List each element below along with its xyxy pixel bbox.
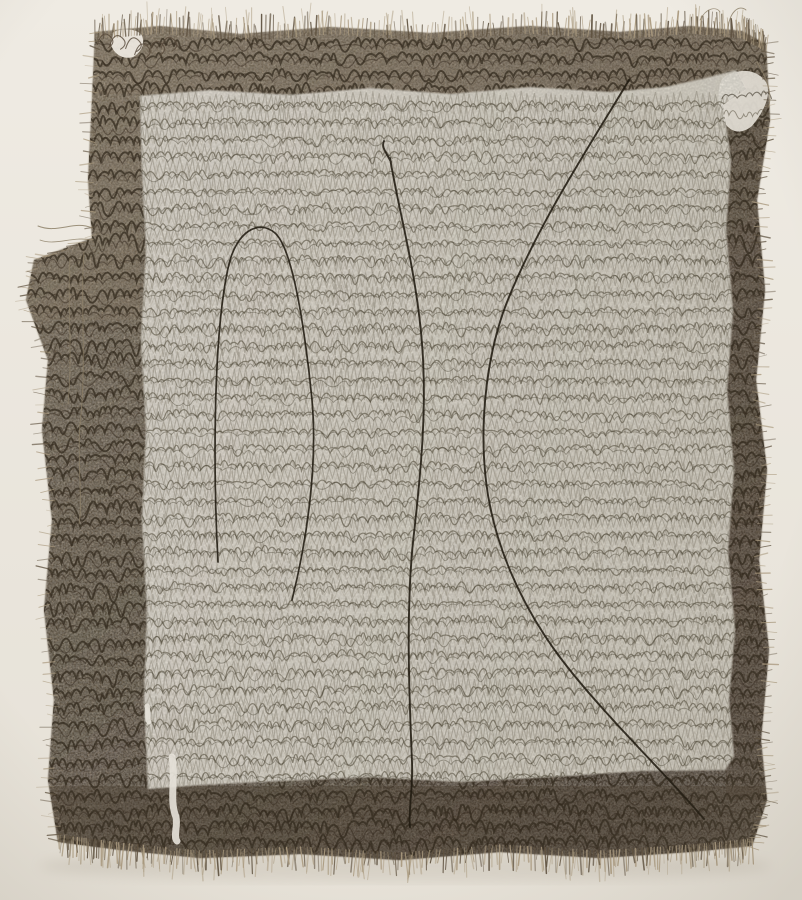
artwork-photo [0,0,802,900]
artwork-canvas [0,0,802,900]
photo-vignette [0,0,802,900]
